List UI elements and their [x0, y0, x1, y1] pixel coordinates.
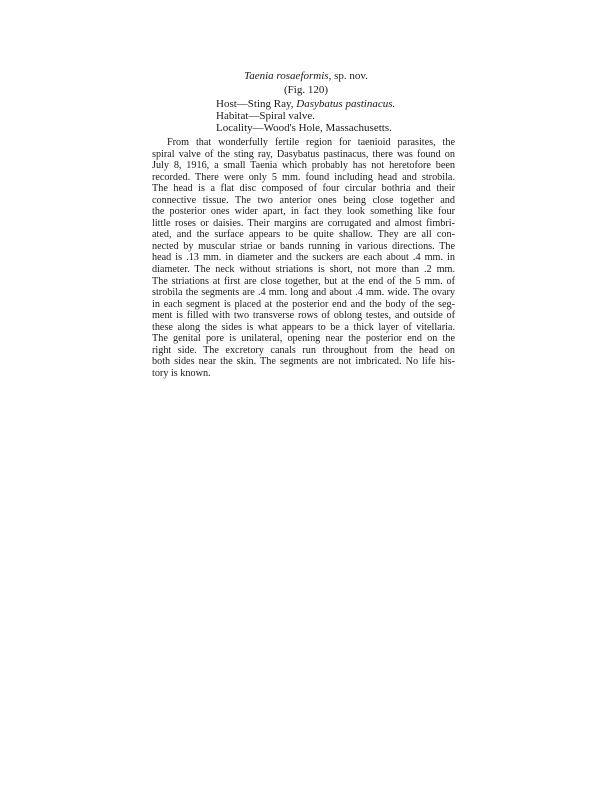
host-species: Dasybatus pastinacus. [296, 98, 395, 110]
description-paragraph: From that wonderfully fertile region for… [152, 137, 455, 379]
paragraph-line: strobila the segments are .4 mm. long an… [152, 287, 455, 299]
paragraph-line: July 8, 1916, a small Taenia which proba… [152, 160, 455, 172]
paragraph-line: head is .13 mm. in diameter and the suck… [152, 252, 455, 264]
paragraph-line: nected by muscular striae or bands runni… [152, 241, 455, 253]
habitat-line: Habitat—Spiral valve. [216, 110, 395, 122]
paragraph-line: The striations at first are close togeth… [152, 276, 455, 288]
paragraph-line: tory is known. [152, 368, 455, 380]
paragraph-line: ment is filled with two transverse rows … [152, 310, 455, 322]
paragraph-line: spiral valve of the sting ray, Dasybatus… [152, 149, 455, 161]
paragraph-line: the posterior ones wider apart, in fact … [152, 206, 455, 218]
paragraph-line: both sides near the skin. The segments a… [152, 356, 455, 368]
paragraph-line: From that wonderfully fertile region for… [152, 137, 455, 149]
species-name: Taenia rosaeformis [244, 70, 328, 82]
host-label: Host—Sting Ray, [216, 98, 296, 110]
paragraph-line: diameter. The neck without striations is… [152, 264, 455, 276]
species-title: Taenia rosaeformis, sp. nov. [0, 70, 612, 83]
paragraph-line: The genital pore is unilateral, opening … [152, 333, 455, 345]
host-line: Host—Sting Ray, Dasybatus pastinacus. [216, 98, 395, 110]
paragraph-line: The head is a flat disc composed of four… [152, 183, 455, 195]
paragraph-line: these along the sides is what appears to… [152, 322, 455, 334]
species-suffix: , sp. nov. [329, 70, 368, 82]
paragraph-line: ated, and the surface appears to be quit… [152, 229, 455, 241]
document-page: Taenia rosaeformis, sp. nov. (Fig. 120) … [0, 0, 612, 792]
figure-reference: (Fig. 120) [0, 84, 612, 97]
locality-line: Locality—Wood's Hole, Massachusetts. [216, 122, 395, 134]
paragraph-line: in each segment is placed at the posteri… [152, 299, 455, 311]
specimen-metadata: Host—Sting Ray, Dasybatus pastinacus. Ha… [216, 98, 395, 134]
paragraph-line: right side. The excretory canals run thr… [152, 345, 455, 357]
paragraph-line: connective tissue. The two anterior ones… [152, 195, 455, 207]
paragraph-line: little roses or daisies. Their margins a… [152, 218, 455, 230]
paragraph-line: recorded. There were only 5 mm. found in… [152, 172, 455, 184]
